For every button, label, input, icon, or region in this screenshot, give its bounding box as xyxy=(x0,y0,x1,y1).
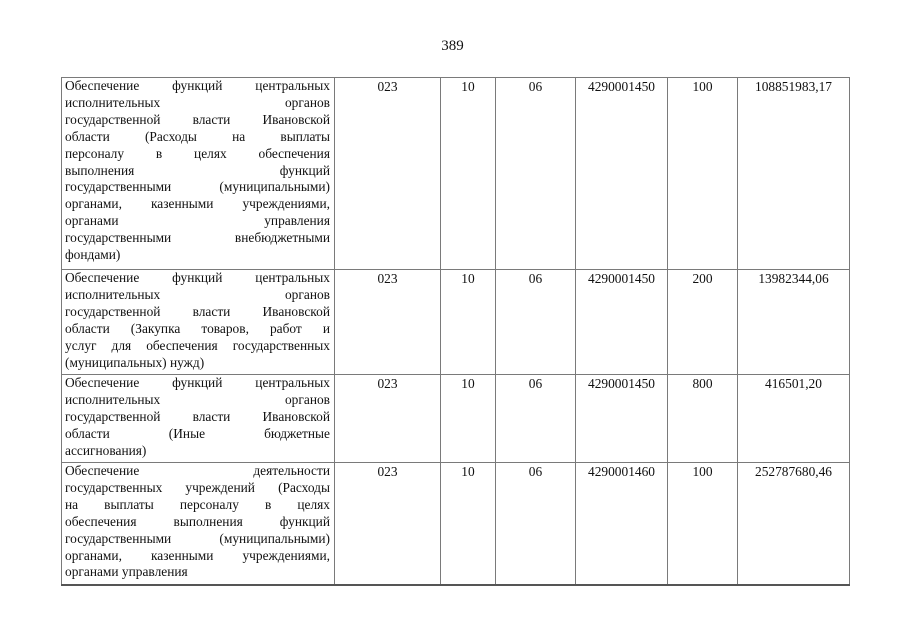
description-line: государственной власти Ивановской xyxy=(65,409,330,426)
description-cell: Обеспечение функций центральныхисполните… xyxy=(62,78,335,270)
target-article-cell: 4290001450 xyxy=(576,270,668,375)
amount-cell: 416501,20 xyxy=(738,375,850,463)
description-line: государственными (муниципальными) xyxy=(65,531,330,548)
description-line: фондами) xyxy=(65,247,330,264)
amount-cell: 252787680,46 xyxy=(738,463,850,586)
expense-type-cell: 100 xyxy=(668,78,738,270)
description-line: государственных учреждений (Расходы xyxy=(65,480,330,497)
expense-type-cell: 200 xyxy=(668,270,738,375)
page-number: 389 xyxy=(0,38,905,55)
description-line: (муниципальных) нужд) xyxy=(65,355,330,372)
description-line: Обеспечение функций центральных xyxy=(65,270,330,287)
description-line: исполнительных органов xyxy=(65,287,330,304)
description-line: услуг для обеспечения государственных xyxy=(65,338,330,355)
subsection-code-cell: 06 xyxy=(496,463,576,586)
description-line: органами управления xyxy=(65,213,330,230)
description-line: Обеспечение функций центральных xyxy=(65,375,330,392)
description-line: области (Закупка товаров, работ и xyxy=(65,321,330,338)
table-row: Обеспечение функций центральныхисполните… xyxy=(62,78,850,270)
description-cell: Обеспечение деятельностигосударственных … xyxy=(62,463,335,586)
description-line: Обеспечение деятельности xyxy=(65,463,330,480)
description-line: государственной власти Ивановской xyxy=(65,112,330,129)
ministry-code-cell: 023 xyxy=(335,463,441,586)
amount-cell: 13982344,06 xyxy=(738,270,850,375)
description-line: обеспечения выполнения функций xyxy=(65,514,330,531)
description-line: области (Иные бюджетные xyxy=(65,426,330,443)
budget-table: Обеспечение функций центральныхисполните… xyxy=(61,77,850,586)
description-line: органами управления xyxy=(65,564,330,581)
section-code-cell: 10 xyxy=(441,463,496,586)
subsection-code-cell: 06 xyxy=(496,375,576,463)
description-line: государственной власти Ивановской xyxy=(65,304,330,321)
target-article-cell: 4290001450 xyxy=(576,78,668,270)
table-row: Обеспечение функций центральныхисполните… xyxy=(62,270,850,375)
amount-cell: 108851983,17 xyxy=(738,78,850,270)
description-line: органами, казенными учреждениями, xyxy=(65,196,330,213)
description-cell: Обеспечение функций центральныхисполните… xyxy=(62,375,335,463)
description-line: органами, казенными учреждениями, xyxy=(65,548,330,565)
budget-table-body: Обеспечение функций центральныхисполните… xyxy=(62,78,850,586)
description-line: на выплаты персоналу в целях xyxy=(65,497,330,514)
section-code-cell: 10 xyxy=(441,78,496,270)
subsection-code-cell: 06 xyxy=(496,78,576,270)
description-line: персоналу в целях обеспечения xyxy=(65,146,330,163)
table-row: Обеспечение деятельностигосударственных … xyxy=(62,463,850,586)
description-line: государственными внебюджетными xyxy=(65,230,330,247)
description-cell: Обеспечение функций центральныхисполните… xyxy=(62,270,335,375)
target-article-cell: 4290001460 xyxy=(576,463,668,586)
ministry-code-cell: 023 xyxy=(335,78,441,270)
description-line: исполнительных органов xyxy=(65,392,330,409)
expense-type-cell: 100 xyxy=(668,463,738,586)
section-code-cell: 10 xyxy=(441,270,496,375)
description-line: государственными (муниципальными) xyxy=(65,179,330,196)
table-row: Обеспечение функций центральныхисполните… xyxy=(62,375,850,463)
ministry-code-cell: 023 xyxy=(335,375,441,463)
subsection-code-cell: 06 xyxy=(496,270,576,375)
description-line: Обеспечение функций центральных xyxy=(65,78,330,95)
description-line: ассигнования) xyxy=(65,443,330,460)
description-line: исполнительных органов xyxy=(65,95,330,112)
description-line: области (Расходы на выплаты xyxy=(65,129,330,146)
expense-type-cell: 800 xyxy=(668,375,738,463)
description-line: выполнения функций xyxy=(65,163,330,180)
target-article-cell: 4290001450 xyxy=(576,375,668,463)
section-code-cell: 10 xyxy=(441,375,496,463)
ministry-code-cell: 023 xyxy=(335,270,441,375)
